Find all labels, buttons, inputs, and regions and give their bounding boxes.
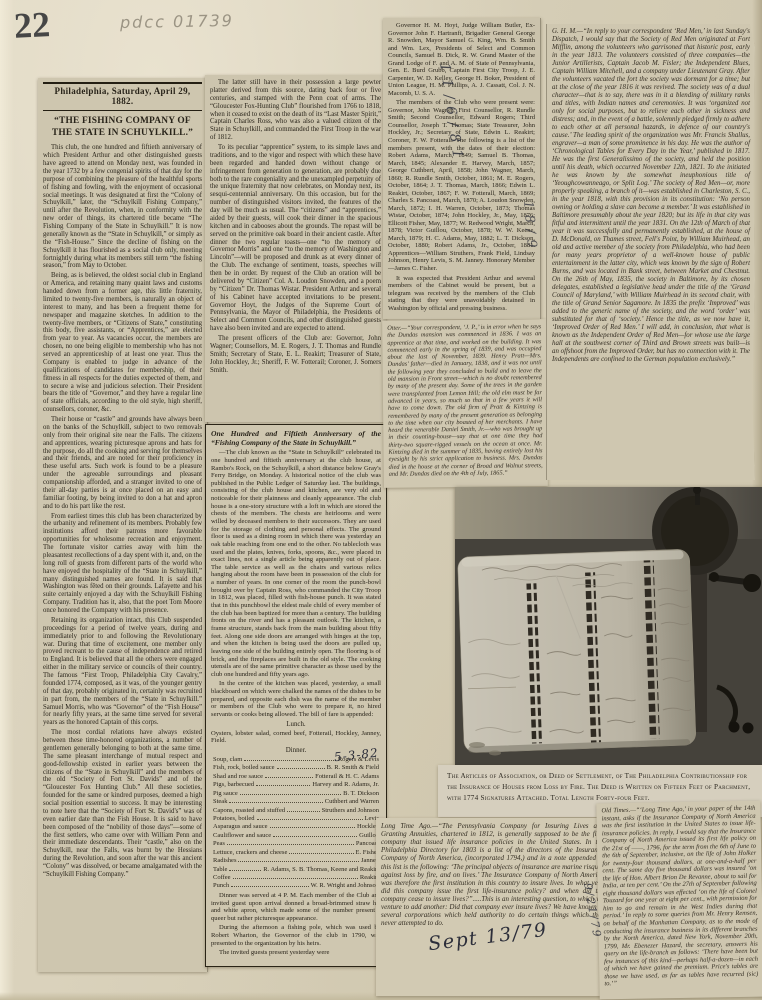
menu-dish: Punch <box>213 882 229 890</box>
article-col2-body: The latter still have in their possessio… <box>210 79 381 374</box>
article-paragraph: To its peculiar “apprentice” system, to … <box>210 144 381 333</box>
menu-dish: Shad and roe sauce <box>213 773 263 781</box>
menu-assignees: Fotterail & H. C. Adams <box>315 773 379 781</box>
menu-dish: Radishes <box>213 857 236 865</box>
long-time-ago-text: Long Time Ago.—“The Pennsylvania Company… <box>381 822 604 927</box>
menu-dish: Fish, rock, boiled sauce <box>213 764 275 772</box>
anniversary-paragraph: —The club known as the “State in Schuylk… <box>211 449 381 678</box>
otter-letter-text: Otter.—“Your correspondent, ‘J. P.,’ is … <box>387 323 543 478</box>
menu-dish: Peas <box>213 840 225 848</box>
anniversary-paragraph: The invited guests present yesterday wer… <box>211 949 381 957</box>
deed-parchment-photograph <box>455 487 762 765</box>
red-men-letter-text: G. H. M.—“In reply to your correspondent… <box>552 28 750 364</box>
catalog-code: pdcc 01739 <box>120 11 234 32</box>
clipping-fishing-company-col2: The latter still have in their possessio… <box>205 75 386 422</box>
article-paragraph: Their house or “castle” and grounds have… <box>43 416 202 511</box>
dot-leader <box>233 878 358 879</box>
page-edge-left <box>0 0 14 1000</box>
clipping-long-time-ago: Long Time Ago.—“The Pennsylvania Company… <box>376 818 609 996</box>
menu-row: TableR. Adams, S. B. Thomas, Keene and R… <box>213 866 379 874</box>
guest-list-paragraph: The members of the Club who were present… <box>388 99 535 272</box>
dot-leader <box>229 802 322 803</box>
menu-row: SteakCuthbert and Warren <box>213 798 379 806</box>
menu-row: Cauliflower and sauceGuillou <box>213 832 379 840</box>
menu-dish: Pig sauce <box>213 790 238 798</box>
scrapbook-page: 22 pdcc 01739 Philadelphia, Saturday, Ap… <box>0 0 762 1000</box>
menu-assignees: Struthers and Johnson <box>322 807 379 815</box>
menu-dish: Soup, clam <box>213 756 242 764</box>
menu-row: Pig sauceB. T. Dickson <box>213 790 379 798</box>
clipping-fishing-company-col1: Philadelphia, Saturday, April 29, 1882. … <box>38 78 208 972</box>
article-paragraph: The present officers of the Club are: Go… <box>210 335 381 374</box>
dot-leader <box>256 785 310 786</box>
clipping-anniversary: One Hundred and Fiftieth Anniversary of … <box>205 424 387 967</box>
menu-row: PeasPancoast <box>213 840 379 848</box>
dot-leader <box>257 819 363 820</box>
menu-dish: Potatoes, boiled <box>213 815 255 823</box>
menu-row: Fish, rock, boiled sauceB. R. Smith & Fi… <box>213 764 379 772</box>
page-number: 22 <box>13 3 51 47</box>
clipping-guest-list: Governor H. M. Hoyt, Judge William Butle… <box>383 18 541 319</box>
menu-row: Shad and roe sauceFotterail & H. C. Adam… <box>213 773 379 781</box>
menu-dish: Table <box>213 866 227 874</box>
clipping-red-men-letter: G. H. M.—“In reply to your correspondent… <box>546 24 755 480</box>
caption-line: the Insurance of Houses from Loss by Fir… <box>447 782 760 793</box>
caption-line: The Articles of Association, or Deed of … <box>447 771 760 782</box>
menu-assignees: R. Adams, S. B. Thomas, Keene and Reakir… <box>263 866 379 874</box>
anniversary-body: —The club known as the “State in Schuylk… <box>211 449 381 718</box>
menu-assignees: Cuthbert and Warren <box>325 798 379 806</box>
guest-list-body: Governor H. M. Hoyt, Judge William Butle… <box>388 22 535 312</box>
article-paragraph: Retaining its organization intact, this … <box>43 617 202 727</box>
menu-dish: Lettuce, crackers and cheese <box>213 849 287 857</box>
dot-leader <box>265 777 313 778</box>
article-paragraph: Being, as is believed, the oldest social… <box>43 272 202 414</box>
old-times-text: Old Times.—“‘Long Time Ago,’ in your pap… <box>601 805 758 988</box>
anniversary-paragraph: During the afternoon a fishing pole, whi… <box>211 924 381 947</box>
deed-photo-image <box>455 487 762 765</box>
dot-leader <box>231 886 308 887</box>
lunch-items: Oysters, lobster salad, corned beef, Fot… <box>211 730 381 745</box>
menu-row: CoffeeReakirt <box>213 874 379 882</box>
menu-row: PunchW. R. Wright and Johnson <box>213 882 379 890</box>
menu-row: RadishesJanney <box>213 857 379 865</box>
guest-list-paragraph: It was expected that President Arthur an… <box>388 275 535 313</box>
article-paragraph: From earliest times this club has been c… <box>43 513 202 615</box>
dot-leader <box>238 861 358 862</box>
dot-leader <box>289 853 353 854</box>
dot-leader <box>270 827 355 828</box>
dot-leader <box>229 870 261 871</box>
clipping-old-times: Old Times.—“‘Long Time Ago,’ in your pap… <box>596 801 762 1000</box>
menu-assignees: B. T. Dickson <box>343 790 379 798</box>
article-paragraph: The latter still have in their possessio… <box>210 79 381 142</box>
clipping-otter-letter: Otter.—“Your correspondent, ‘J. P.,’ is … <box>382 319 548 488</box>
dot-leader <box>273 836 357 837</box>
menu-row: Lettuce, crackers and cheeseE. Fisher <box>213 849 379 857</box>
article-headline: “THE FISHING COMPANY OF THE STATE IN SCH… <box>47 115 198 139</box>
menu-dish: Capons, roasted and stuffed <box>213 807 285 815</box>
article-paragraph: The most cordial relations have always e… <box>43 729 202 879</box>
parchment-scroll <box>457 549 696 753</box>
anniversary-paragraph: Dinner was served at 4 P. M. Each member… <box>211 892 381 923</box>
article-col1-body: This club, the one hundred and fiftieth … <box>43 144 202 879</box>
dot-leader <box>244 760 336 761</box>
dot-leader <box>240 794 341 795</box>
dot-leader <box>227 844 354 845</box>
menu-dish: Coffee <box>213 874 231 882</box>
menu-row: Asparagus and sauceHockley <box>213 823 379 831</box>
anniversary-paragraph: In the centre of the kitchen was placed,… <box>211 680 381 718</box>
menu-assignees: Harvey and R. Adams, Jr. <box>312 781 379 789</box>
menu-dish: Steak <box>213 798 227 806</box>
menu-dish: Cauliflower and sauce <box>213 832 271 840</box>
dot-leader <box>277 768 325 769</box>
menu-assignees: B. R. Smith & Field <box>327 764 379 772</box>
anniversary-closing: Dinner was served at 4 P. M. Each member… <box>211 892 381 957</box>
anniversary-headline: One Hundred and Fiftieth Anniversary of … <box>211 429 381 447</box>
article-paragraph: This club, the one hundred and fiftieth … <box>43 144 202 270</box>
menu-assignees: W. R. Wright and Johnson <box>311 882 379 890</box>
lunch-heading: Lunch. <box>211 721 381 729</box>
menu-row: Capons, roasted and stuffedStruthers and… <box>213 807 379 815</box>
menu-row: Potatoes, boiledLevis <box>213 815 379 823</box>
newspaper-dateline: Philadelphia, Saturday, April 29, 1882. <box>43 82 202 111</box>
dot-leader <box>287 811 319 812</box>
menu-dish: Pigs, barbecued <box>213 781 254 789</box>
dinner-menu: Soup, clamRogers & LevisFish, rock, boil… <box>213 756 379 891</box>
menu-dish: Asparagus and sauce <box>213 823 268 831</box>
guest-list-paragraph: Governor H. M. Hoyt, Judge William Butle… <box>388 22 535 97</box>
menu-row: Pigs, barbecuedHarvey and R. Adams, Jr. <box>213 781 379 789</box>
